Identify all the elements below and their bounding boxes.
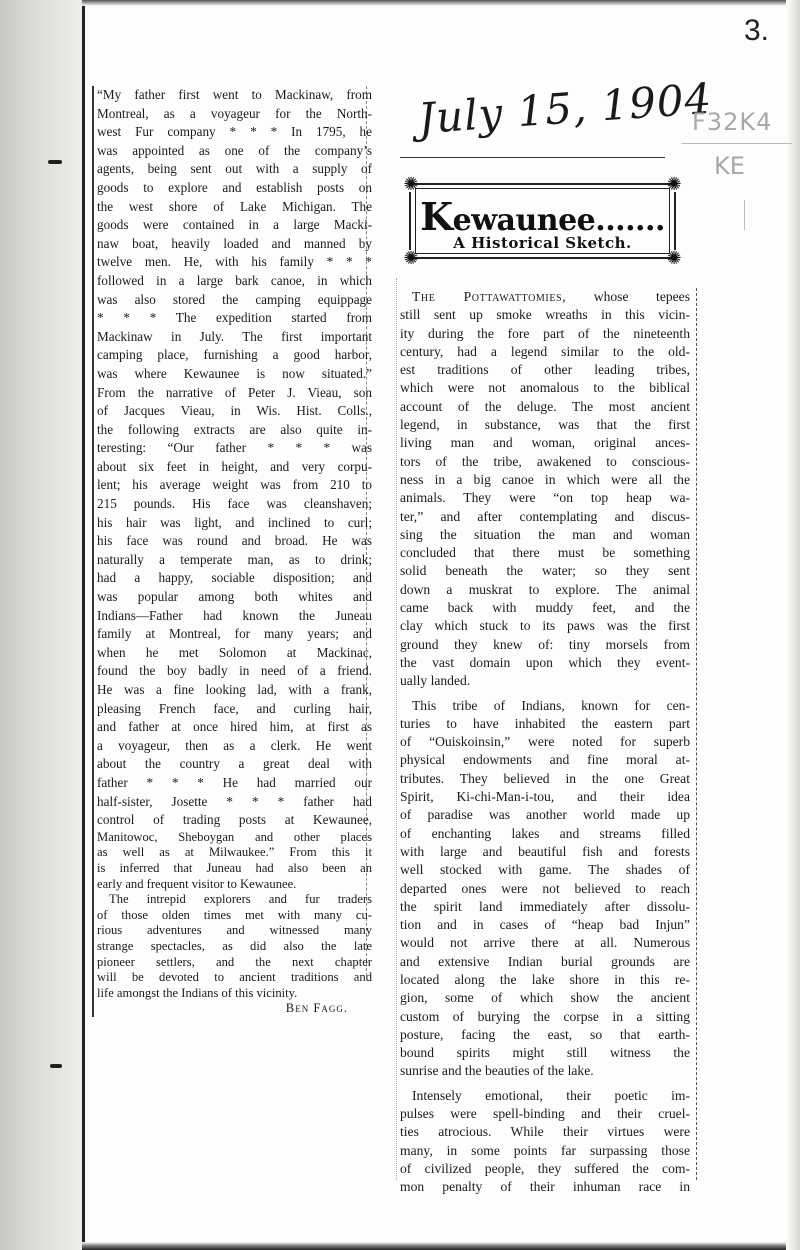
text-line: life amongst the Indians of this vicinit… [97,986,372,1002]
text-line: solid beneath the water; so they sent [400,562,690,580]
text-line: as well as at Milwaukee.” From this it [97,845,372,861]
text-line: animals. They were “on top heap wa- [400,489,690,507]
text-line: would not arrive there at all. Numerous [400,934,690,952]
right-column-article: The Pottawattomies, whose tepees still s… [400,288,690,1197]
text-line: and father at once hired him, at first a… [97,718,372,737]
corner-ornament-icon: ✺ [403,176,419,192]
text-line: had a happy, sociable disposition; and [97,569,372,588]
binding-edge-line [82,0,85,1250]
text-line: posture, facing the east, so that earth- [400,1026,690,1044]
column-rule-right [696,288,697,1180]
top-scan-shadow [82,0,800,6]
closing-paragraph: The intrepid explorers and fur tradersof… [97,892,372,1001]
text-line: pleasing French face, and curling hair, [97,700,372,719]
text-line: turies to have inhabited the eastern par… [400,715,690,733]
pencil-catalog-code: F32K4 [692,108,772,136]
text-line: He was a fine looking lad, with a frank, [97,681,372,700]
text-line: of paradise was another world made up [400,806,690,824]
text-line: goods were contained in a large Macki- [97,216,372,235]
header-rule [400,157,665,158]
text-line: The intrepid explorers and fur traders [97,892,372,908]
text-line: about six feet in height, and very corpu… [97,458,372,477]
text-line: ity during the fore part of the nineteen… [400,325,690,343]
text-line: the following extracts are also quite in… [97,421,372,440]
text-line: living man and woman, original ances- [400,434,690,452]
text-line: followed in a large bark canoe, in which [97,272,372,291]
text-line: gion, some of which show the ancient [400,989,690,1007]
page-number: 3. [744,14,769,48]
text-line: sunrise and the beauties of the lake. [400,1062,690,1080]
text-line: bound spirits might still witness the [400,1044,690,1062]
text-line: half-sister, Josette * * * father had [97,793,372,812]
text-line: goods to explore and establish posts on [97,179,372,198]
text-line: camping place, furnishing a good harbor, [97,346,372,365]
text-line: 215 pounds. His face was cleanshaven; [97,495,372,514]
text-line: well stocked with game. The shades of [400,861,690,879]
text-line: departed ones were not believed to reach [400,880,690,898]
bottom-scan-shadow [82,1242,800,1250]
text-line: Mackinaw in July. The first important [97,328,372,347]
pencil-subcode: KE [714,152,745,180]
text-line: mon penalty of their inhuman race in [400,1178,690,1196]
text-line: ground they knew of: tiny morsels from [400,636,690,654]
text-line: lent; his average weight was from 210 to [97,476,372,495]
text-line: physical endowments and fine moral at- [400,751,690,769]
corner-ornament-icon: ✺ [403,250,419,266]
text-line: the west shore of Lake Michigan. The [97,198,372,217]
text-line: located along the lake shore in this re- [400,971,690,989]
text-line: many, in some points far surpassing thos… [400,1142,690,1160]
text-line: with large and beautiful fish and forest… [400,843,690,861]
text-line: est traditions of other leading tribes, [400,361,690,379]
text-line: Indians—Father had known the Juneau [97,607,372,626]
text-line: was popular among both whites and [97,588,372,607]
text-line: “My father first went to Mackinaw, from [97,86,372,105]
right-scan-edge [786,0,800,1250]
text-line: custom of burying the corpse in a sittin… [400,1008,690,1026]
text-line: ties atrocious. While their virtues were [400,1123,690,1141]
text-line: of enchanting lakes and streams filled [400,825,690,843]
corner-ornament-icon: ✺ [666,176,682,192]
text-line: rious adventures and witnessed many [97,923,372,939]
scan-margin [0,0,82,1250]
left-column-body: “My father first went to Mackinaw, fromM… [97,86,372,830]
lead-words: The Pottawattomies, [412,289,566,304]
text-line: From the narrative of Peter J. Vieau, so… [97,384,372,403]
column-rule-left [396,278,397,1180]
text-line: west Fur company * * * In 1795, he [97,123,372,142]
text-line: family at Montreal, for many years; and [97,625,372,644]
text-line: This tribe of Indians, known for cen- [400,697,690,715]
left-column-article: “My father first went to Mackinaw, fromM… [92,86,372,1017]
text-line: ually landed. [400,672,690,690]
text-line: will be devoted to ancient traditions an… [97,970,372,986]
text-line: pulses were spell-binding and their crue… [400,1105,690,1123]
text-line: Intensely emotional, their poetic im- [400,1087,690,1105]
text-line: was also stored the camping equippage [97,291,372,310]
text-line: a voyageur, then as a clerk. He went [97,737,372,756]
paragraph-1-first-line: The Pottawattomies, whose tepees [400,288,690,306]
text-line: about the country a great deal with [97,755,372,774]
text-line: the vast domain upon which they event- [400,654,690,672]
text-line: teresting: “Our father * * * was [97,439,372,458]
article-subtitle: A Historical Sketch. [405,234,680,252]
text-line: legend, in substance, was that the first [400,416,690,434]
text-line: of those olden times met with many cu- [97,908,372,924]
handwritten-date: July 15, 1904 [417,74,714,143]
text-line: agents, being sent out with a supply of [97,160,372,179]
text-line: was appointed as one of the company’s [97,142,372,161]
text-line: down a muskrat to explore. The animal [400,581,690,599]
text-line: concluded that there must be something [400,544,690,562]
text-line: naturally a temperate man, as to drink; [97,551,372,570]
text-line: sing the situation the man and woman [400,526,690,544]
left-column-tail: Manitowoc, Sheboygan and other placesas … [97,830,372,892]
text-line: early and frequent visitor to Kewaunee. [97,877,372,893]
text-line: tors of the tribe, awakened to conscious… [400,453,690,471]
text-line: his hair was light, and inclined to curl… [97,514,372,533]
text-line: of civilized people, they suffered the c… [400,1160,690,1178]
text-line: Manitowoc, Sheboygan and other places [97,830,372,846]
author-signature: Ben Fagg. [97,1001,372,1017]
text-line: ter,” and after contemplating and discus… [400,508,690,526]
text-line: ness in a big canoe in which were all th… [400,471,690,489]
text-line: when he met Solomon at Mackinac, [97,644,372,663]
text-line: naw boat, heavily loaded and manned by [97,235,372,254]
text-line: strange spectacles, as did also the late [97,939,372,955]
title-rest: ewaunee....... [453,203,665,238]
margin-tick-mark [48,160,62,164]
article-header-box: ✺ ✺ ✺ ✺ Kewaunee....... A Historical Ske… [405,178,680,264]
text-line: the spirit land immediately after dissol… [400,898,690,916]
text-line: of Jacques Vieau, in Wis. Hist. Colls., [97,402,372,421]
text-line: of “Ouiskoinsin,” were noted for superb [400,733,690,751]
text-line: came back with muddy feet, and the [400,599,690,617]
text-line: * * * The expedition started from [97,309,372,328]
text-line: Spirit, Ki-chi-Man-i-tou, and their idea [400,788,690,806]
text-line: was where Kewaunee is now situated.” [97,365,372,384]
paragraph-2: This tribe of Indians, known for cen-tur… [400,697,690,1081]
text-line: found the boy badly in need of a friend. [97,662,372,681]
text-line: is inferred that Juneau had also been an [97,861,372,877]
text-line: and extensive Indian burial grounds are [400,953,690,971]
text-line: tributes. They believed in the one Great [400,770,690,788]
text-line: father * * * He had married our [97,774,372,793]
article-title: Kewaunee....... [405,194,680,239]
text-line: Montreal, as a voyageur for the North- [97,105,372,124]
text-line: which were not anomalous to the biblical [400,379,690,397]
pencil-rule [682,143,792,144]
pencil-stroke [744,200,745,230]
text-line: tion and in cases of “heap bad Injun” [400,916,690,934]
margin-tick-mark [50,1064,62,1068]
text-line: century, had a legend similar to the old… [400,343,690,361]
text-line: his face was round and broad. He was [97,532,372,551]
text-line: twelve men. He, with his family * * * [97,253,372,272]
corner-ornament-icon: ✺ [666,250,682,266]
text-line: still sent up smoke wreaths in this vici… [400,306,690,324]
paragraph-3: Intensely emotional, their poetic im-pul… [400,1087,690,1197]
text-line: pioneer settlers, and the next chapter [97,955,372,971]
text-line: control of trading posts at Kewaunee, [97,811,372,830]
paragraph-1: still sent up smoke wreaths in this vici… [400,306,690,690]
text-line: account of the deluge. The most ancient [400,398,690,416]
title-initial: K [420,194,453,239]
text-line: clay which stuck to its paws was the fir… [400,617,690,635]
